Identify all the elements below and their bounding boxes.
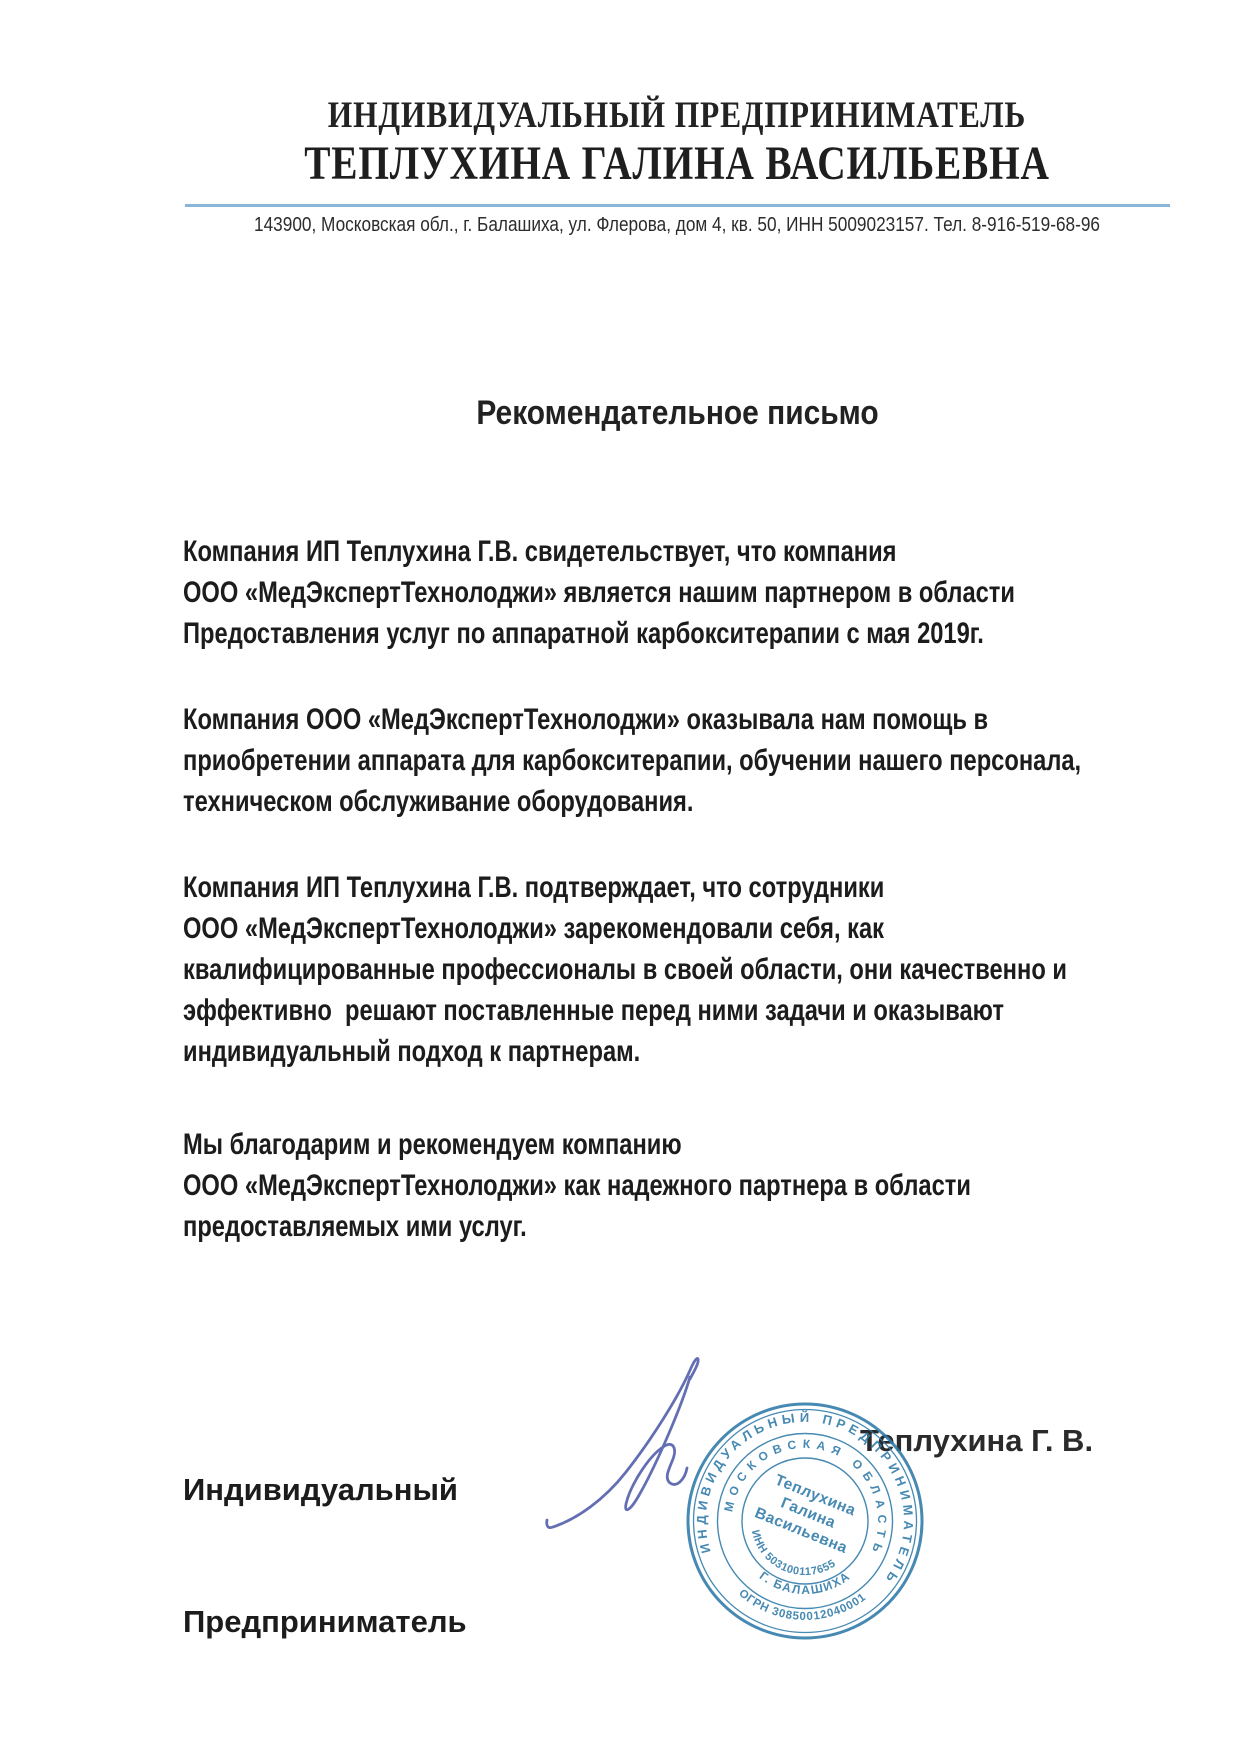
paragraph-line: Компания ИП Теплухина Г.В. подтверждает,… (183, 867, 1107, 908)
scanned-letter-page: ИНДИВИДУАЛЬНЫЙ ПРЕДПРИНИМАТЕЛЬ ТЕПЛУХИНА… (0, 0, 1242, 1755)
signer-role: Индивидуальный Предприниматель (183, 1380, 467, 1732)
paragraph-line: Компания ООО «МедЭкспертТехнолоджи» оказ… (183, 699, 1107, 740)
paragraph-1: Компания ИП Теплухина Г.В. свидетельству… (183, 531, 1107, 654)
paragraph-line: Предоставления услуг по аппаратной карбо… (183, 613, 1107, 654)
signer-role-line1: Индивидуальный (183, 1468, 467, 1512)
round-stamp: ИНДИВИДУАЛЬНЫЙ ПРЕДПРИНИМАТЕЛЬ ОГРН 3085… (680, 1396, 930, 1646)
paragraph-3: Компания ИП Теплухина Г.В. подтверждает,… (183, 867, 1107, 1072)
paragraph-line: ООО «МедЭкспертТехнолоджи» зарекомендова… (183, 908, 1107, 949)
signature-ink-strokes (547, 1358, 698, 1527)
signer-role-line2: Предприниматель (183, 1600, 467, 1644)
signature-stroke-main (547, 1358, 698, 1527)
letter-title: Рекомендательное письмо (244, 394, 1111, 433)
paragraph-line: предоставляемых ими услуг. (183, 1206, 1107, 1247)
stamp-middle-circle (718, 1434, 893, 1609)
letterhead-entity-type: ИНДИВИДУАЛЬНЫЙ ПРЕДПРИНИМАТЕЛЬ (180, 94, 1175, 138)
paragraph-line: ООО «МедЭкспертТехнолоджи» как надежного… (183, 1165, 1107, 1206)
letter-body: Компания ИП Теплухина Г.В. свидетельству… (183, 531, 1107, 1292)
paragraph-4: Мы благодарим и рекомендуем компанию ООО… (183, 1124, 1107, 1247)
paragraph-line: эффективно решают поставленные перед ним… (183, 990, 1107, 1031)
paragraph-line: ООО «МедЭкспертТехнолоджи» является наши… (183, 572, 1107, 613)
paragraph-line: техническом обслуживание оборудования. (183, 781, 1107, 822)
paragraph-line: индивидуальный подход к партнерам. (183, 1031, 1107, 1072)
paragraph-line: Мы благодарим и рекомендуем компанию (183, 1124, 1107, 1165)
letterhead-address-line: 143900, Московская обл., г. Балашиха, ул… (155, 212, 1198, 238)
paragraph-line: квалифицированные профессионалы в своей … (183, 949, 1107, 990)
paragraph-2: Компания ООО «МедЭкспертТехнолоджи» оказ… (183, 699, 1107, 822)
letterhead-entrepreneur-name: ТЕПЛУХИНА ГАЛИНА ВАСИЛЬЕВНА (197, 138, 1156, 190)
letterhead-divider-rule (185, 204, 1170, 207)
paragraph-line: Компания ИП Теплухина Г.В. свидетельству… (183, 531, 1107, 572)
letterhead: ИНДИВИДУАЛЬНЫЙ ПРЕДПРИНИМАТЕЛЬ ТЕПЛУХИНА… (92, 94, 1242, 190)
paragraph-line: приобретении аппарата для карбокситерапи… (183, 740, 1107, 781)
